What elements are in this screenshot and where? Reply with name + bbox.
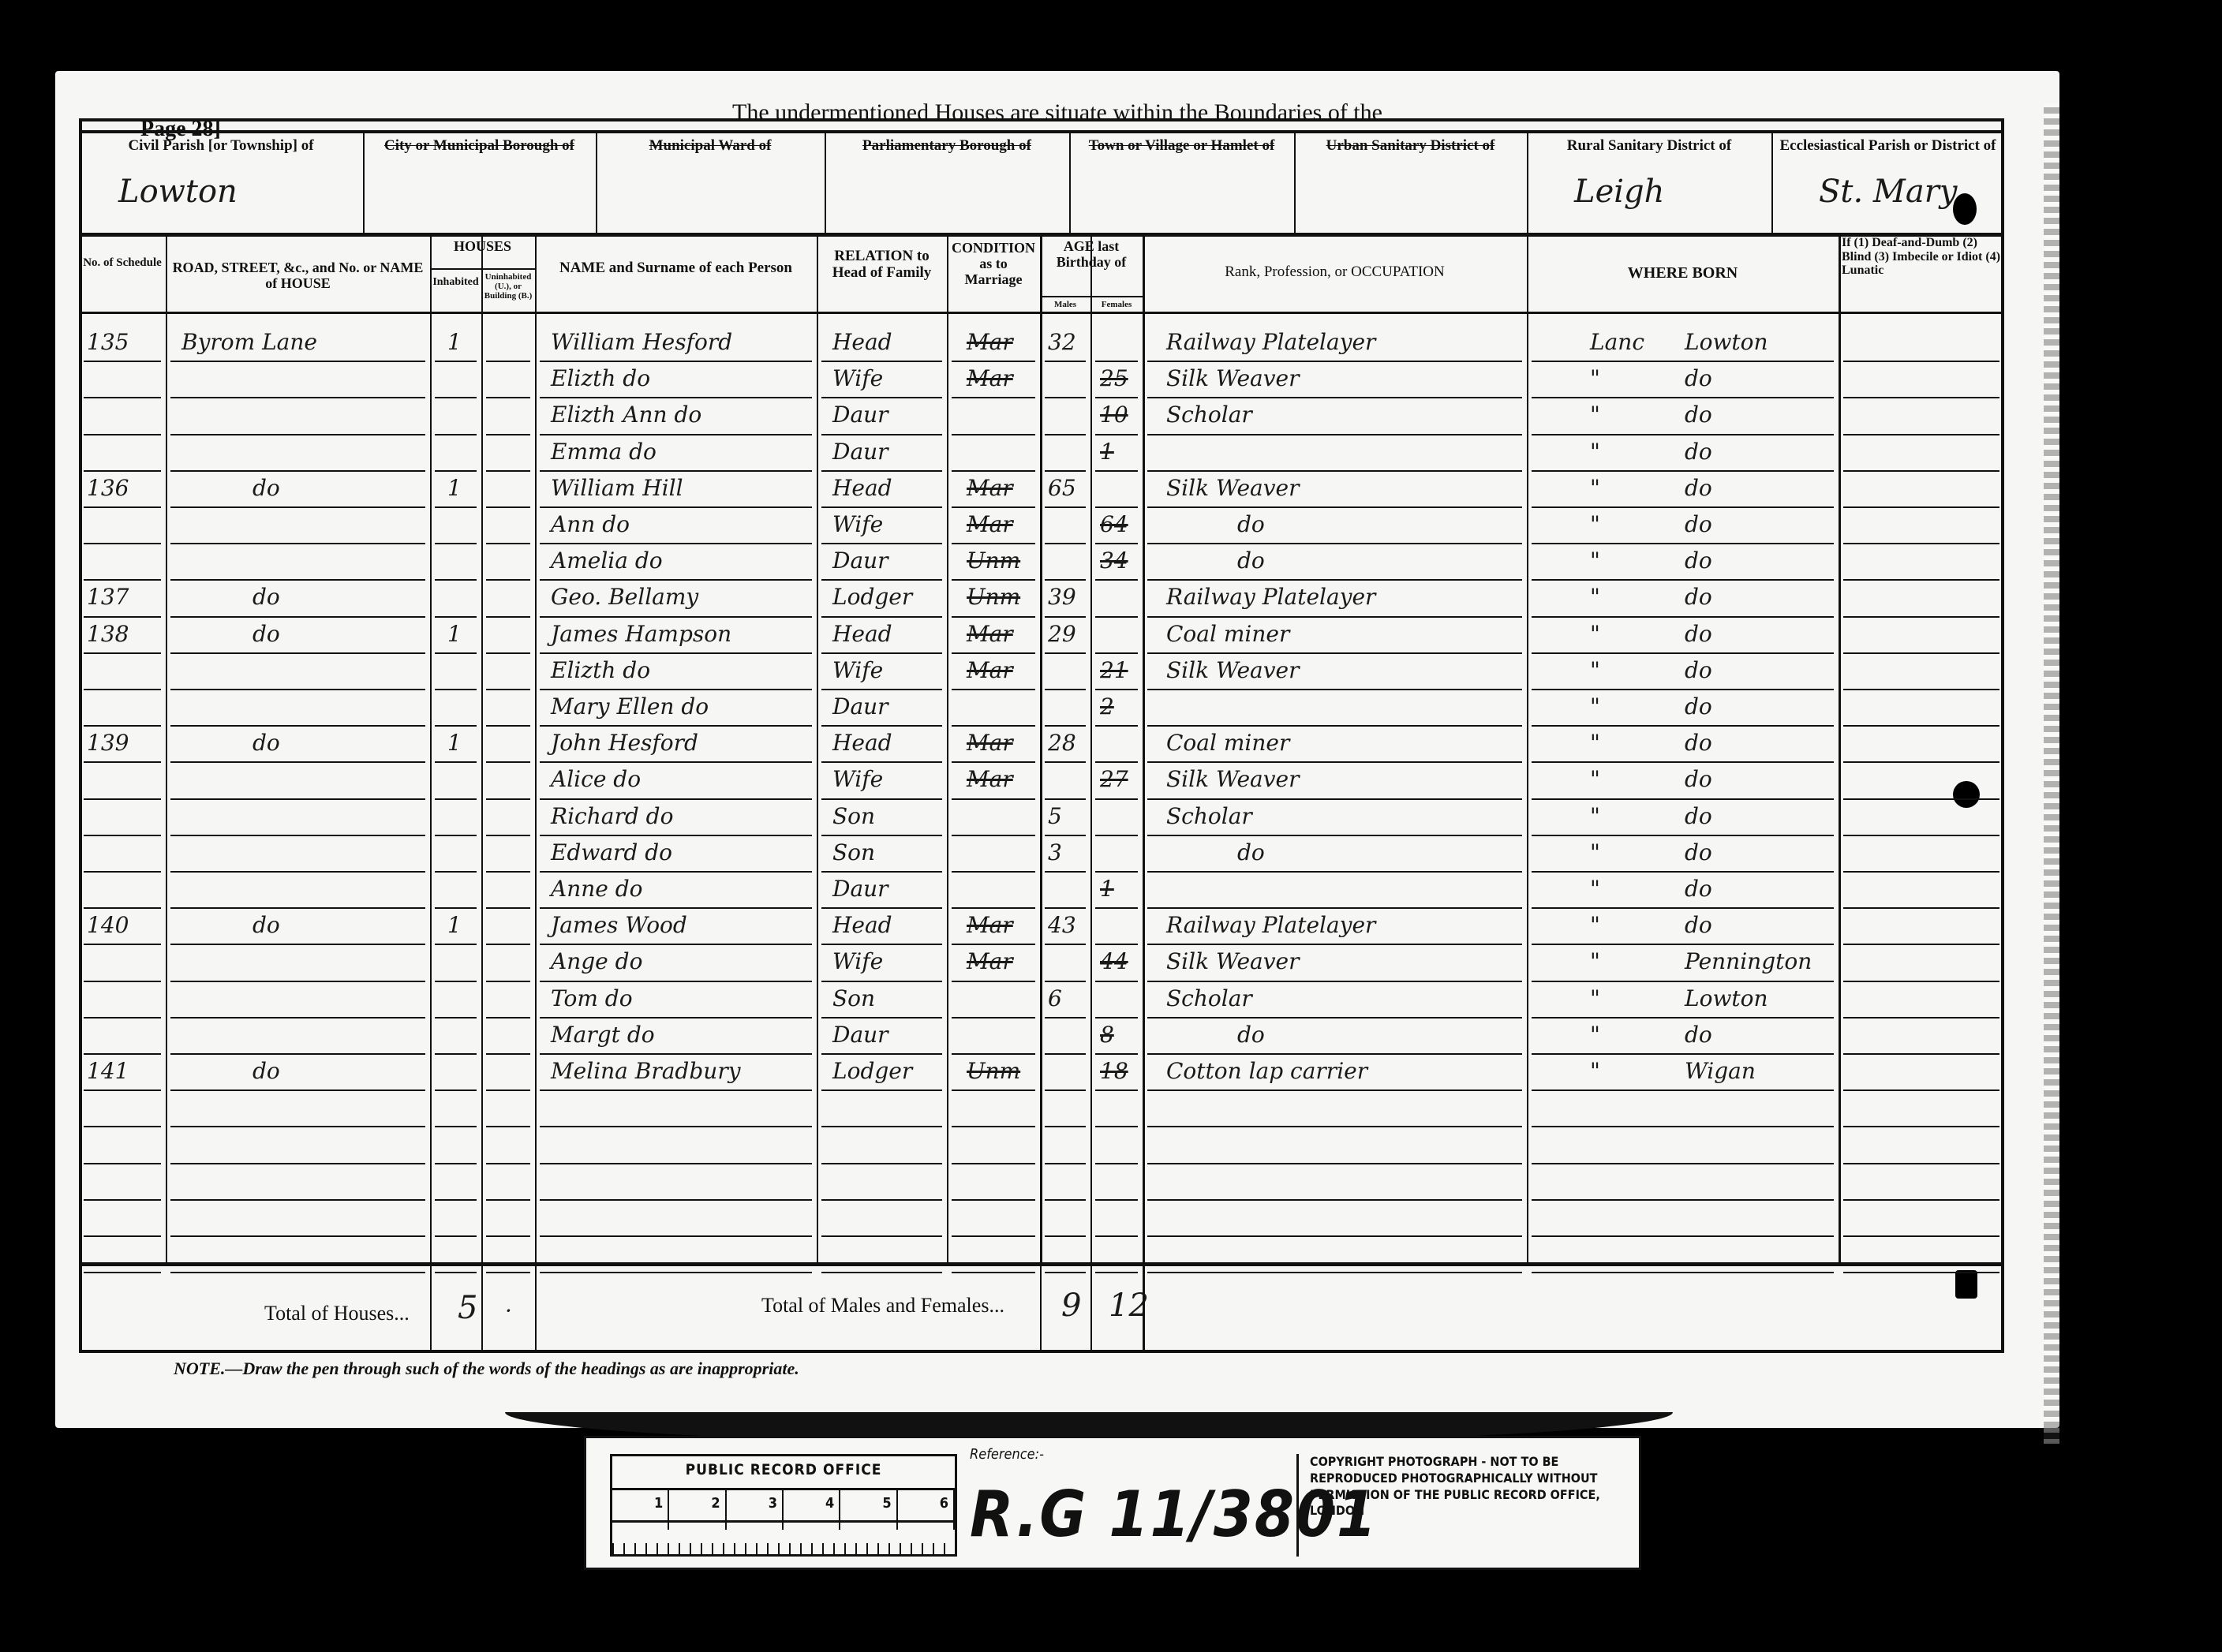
rule-line	[1843, 1199, 1999, 1201]
archive-label: PUBLIC RECORD OFFICE 123456 Reference:- …	[584, 1436, 1641, 1570]
cell-condition: Mar	[967, 511, 1013, 537]
cell-occupation: Silk Weaver	[1166, 657, 1300, 683]
rule-line	[540, 1272, 812, 1273]
rule-line	[1045, 543, 1086, 544]
cell-name: James Hampson	[551, 621, 731, 647]
rule-line	[1147, 761, 1522, 763]
total-males: 9	[1061, 1288, 1081, 1324]
rule-line	[1045, 579, 1086, 581]
column-divider	[535, 233, 537, 1262]
cell-relation: Head	[832, 329, 892, 355]
rule-line	[1843, 361, 1999, 362]
rule-line	[952, 579, 1035, 581]
rule-line	[1147, 1272, 1522, 1273]
column-divider	[1040, 233, 1042, 1262]
cell-name: Amelia do	[551, 548, 663, 574]
cell-county: "	[1590, 730, 1600, 756]
cell-relation: Daur	[832, 548, 888, 574]
rule-line	[170, 871, 425, 873]
cell-occupation: Railway Platelayer	[1166, 584, 1375, 610]
rule-line	[435, 1017, 477, 1018]
rule-line	[1532, 543, 1834, 544]
rule-line	[170, 434, 425, 435]
rule-line	[1532, 652, 1834, 654]
rule-line	[1045, 1163, 1086, 1164]
rule-line	[1843, 871, 1999, 873]
rule-line	[1095, 689, 1138, 690]
rule-line	[952, 1163, 1035, 1164]
cell-relation: Head	[832, 621, 892, 647]
cell-county: "	[1590, 548, 1600, 574]
rule-line	[486, 761, 530, 763]
cell-relation: Head	[832, 475, 892, 501]
cell-place: do	[1685, 475, 1712, 501]
rule-line	[1095, 835, 1138, 836]
rule-line	[821, 1053, 942, 1055]
column-divider	[817, 233, 818, 1262]
cell-female_age: 25	[1100, 365, 1128, 391]
rule-line	[1095, 543, 1138, 544]
rule-line	[1095, 871, 1138, 873]
rule-line	[1045, 361, 1086, 362]
cell-name: Alice do	[551, 766, 641, 792]
cell-name: William Hesford	[551, 329, 732, 355]
cell-female_age: 21	[1100, 657, 1128, 683]
rule-line	[486, 798, 530, 800]
rule-line	[1045, 470, 1086, 472]
rule-line	[1095, 1053, 1138, 1055]
rule-line	[1532, 1199, 1834, 1201]
column-divider	[596, 130, 597, 233]
district-label: Civil Parish [or Township] of	[82, 138, 360, 155]
rule-line	[1045, 652, 1086, 654]
rule-line	[1843, 1235, 1999, 1237]
rule-line	[540, 1053, 812, 1055]
cell-occupation: do	[1237, 548, 1265, 574]
rule-line	[435, 689, 477, 690]
rule-line	[435, 1126, 477, 1127]
rule-line	[1095, 397, 1138, 398]
column-header-schedule: No. of Schedule	[82, 256, 163, 270]
cell-schedule: 138	[87, 621, 129, 647]
rule-line	[486, 1235, 530, 1237]
rule-line	[821, 543, 942, 544]
cell-name: Anne do	[551, 876, 643, 902]
rule-line	[170, 543, 425, 544]
cell-name: Edward do	[551, 839, 672, 865]
rule-line	[1843, 798, 1999, 800]
cell-place: do	[1685, 511, 1712, 537]
rule-line	[1045, 907, 1086, 909]
rule-line	[952, 1235, 1035, 1237]
rule-line	[486, 616, 530, 618]
rule-line	[1843, 1163, 1999, 1164]
cell-county: "	[1590, 439, 1600, 465]
rule-line	[1045, 616, 1086, 618]
rule-line	[1532, 1163, 1834, 1164]
column-divider	[1294, 130, 1296, 233]
cell-female_age: 34	[1100, 548, 1128, 574]
rule-line	[540, 470, 812, 472]
cell-name: Margt do	[551, 1022, 655, 1048]
cell-schedule: 136	[87, 475, 129, 501]
rule-line	[84, 1126, 161, 1127]
rule-line	[170, 689, 425, 690]
cell-inhabited: 1	[447, 621, 462, 647]
rule-line	[952, 798, 1035, 800]
cell-place: do	[1685, 439, 1712, 465]
rule-line	[486, 470, 530, 472]
rule-line	[1095, 1089, 1138, 1091]
cell-name: Elizth do	[551, 657, 650, 683]
rule-line	[435, 361, 477, 362]
rule-line	[1532, 434, 1834, 435]
column-divider	[947, 233, 948, 1262]
rule-line	[435, 470, 477, 472]
rule-line	[1095, 1235, 1138, 1237]
rule-line	[952, 689, 1035, 690]
cell-relation: Daur	[832, 693, 888, 719]
rule-line	[952, 652, 1035, 654]
rule-line	[1843, 981, 1999, 982]
cell-condition: Mar	[967, 948, 1013, 974]
rule-line	[1532, 725, 1834, 727]
rule-line	[821, 761, 942, 763]
rule-line	[84, 725, 161, 727]
cell-condition: Mar	[967, 475, 1013, 501]
column-divider	[535, 1262, 537, 1351]
cell-female_age: 64	[1100, 511, 1128, 537]
rule-line	[821, 1163, 942, 1164]
district-label: City or Municipal Borough of	[366, 138, 593, 155]
rule-line	[1532, 835, 1834, 836]
rule-line	[1095, 579, 1138, 581]
rule-line	[435, 944, 477, 945]
column-header-condition: CONDITION as to Marriage	[950, 241, 1037, 287]
rule-line	[170, 1199, 425, 1201]
rule-line	[1147, 981, 1522, 982]
column-header-relation: RELATION to Head of Family	[820, 249, 944, 282]
rule-line	[1147, 543, 1522, 544]
cell-place: do	[1685, 839, 1712, 865]
rule-line	[821, 871, 942, 873]
cell-place: Pennington	[1685, 948, 1812, 974]
rule-line	[1147, 397, 1522, 398]
cell-male_age: 29	[1048, 621, 1076, 647]
rule-line	[170, 907, 425, 909]
rule-line	[84, 434, 161, 435]
pro-office: PUBLIC RECORD OFFICE	[612, 1461, 955, 1478]
rule-line	[1147, 1199, 1522, 1201]
rule-line	[1147, 579, 1522, 581]
rule-line	[486, 871, 530, 873]
rule-line	[821, 1199, 942, 1201]
rule-line	[84, 871, 161, 873]
rule-line	[1843, 1126, 1999, 1127]
rule-line	[821, 579, 942, 581]
rule-line	[952, 871, 1035, 873]
rule-line	[1147, 1017, 1522, 1018]
rule-line	[1147, 944, 1522, 945]
rule-line	[1843, 434, 1999, 435]
cell-male_age: 3	[1048, 839, 1062, 865]
column-header-infirmity: If (1) Deaf-and-Dumb (2) Blind (3) Imbec…	[1842, 236, 2001, 278]
copyright-notice: COPYRIGHT PHOTOGRAPH - NOT TO BE REPRODU…	[1296, 1454, 1649, 1557]
rule-line	[170, 579, 425, 581]
rule-line	[952, 470, 1035, 472]
rule-line	[170, 361, 425, 362]
rule-line	[1147, 470, 1522, 472]
column-header-females: Females	[1090, 300, 1143, 309]
cell-county: "	[1590, 584, 1600, 610]
rule-line	[1147, 361, 1522, 362]
district-label: Town or Village or Hamlet of	[1072, 138, 1291, 155]
rule-line	[540, 1235, 812, 1237]
rule-line	[952, 835, 1035, 836]
cell-county: "	[1590, 766, 1600, 792]
rule-line	[1843, 506, 1999, 508]
column-divider	[430, 233, 432, 1262]
cell-county: "	[1590, 1022, 1600, 1048]
heading-note: NOTE.—Draw the pen through such of the w…	[174, 1359, 799, 1379]
rule-line	[1532, 361, 1834, 362]
cell-occupation: Silk Weaver	[1166, 475, 1300, 501]
rule-line	[952, 907, 1035, 909]
rule-line	[486, 1053, 530, 1055]
district-value: Leigh	[1574, 174, 1664, 210]
rule-line	[486, 835, 530, 836]
rule-line	[84, 835, 161, 836]
rule-line	[84, 579, 161, 581]
cell-relation: Head	[832, 730, 892, 756]
rule-line	[1147, 1126, 1522, 1127]
rule-line	[435, 1272, 477, 1273]
cell-occupation: Railway Platelayer	[1166, 912, 1375, 938]
column-header-uninhabited: Uninhabited (U.), or Building (B.)	[483, 272, 533, 301]
cell-occupation: Silk Weaver	[1166, 948, 1300, 974]
column-divider	[1143, 1262, 1145, 1351]
rule-line	[1843, 907, 1999, 909]
rule-line	[84, 506, 161, 508]
cell-relation: Wife	[832, 766, 883, 792]
rule-line	[170, 1053, 425, 1055]
rule-line	[435, 616, 477, 618]
cell-road: do	[252, 730, 280, 756]
cell-female_age: 44	[1100, 948, 1128, 974]
rule-line	[79, 130, 2004, 133]
rule-line	[1045, 871, 1086, 873]
cell-name: Ange do	[551, 948, 642, 974]
rule-line	[84, 1199, 161, 1201]
rule-line	[1532, 1126, 1834, 1127]
rule-line	[540, 725, 812, 727]
rule-line	[1843, 579, 1999, 581]
rule-line	[821, 1272, 942, 1273]
rule-line	[1147, 798, 1522, 800]
cell-county: "	[1590, 511, 1600, 537]
cell-name: Elizth Ann do	[551, 402, 701, 428]
rule-line	[1147, 689, 1522, 690]
cell-schedule: 141	[87, 1058, 129, 1084]
rule-line	[1095, 798, 1138, 800]
cell-county: Lanc	[1590, 329, 1644, 355]
rule-line	[821, 981, 942, 982]
rule-line	[540, 689, 812, 690]
rule-line	[1147, 506, 1522, 508]
rule-line	[435, 652, 477, 654]
cell-name: Geo. Bellamy	[551, 584, 698, 610]
rule-line	[435, 761, 477, 763]
ink-blot	[1953, 781, 1980, 808]
cell-occupation: Scholar	[1166, 985, 1252, 1011]
rule-line	[540, 798, 812, 800]
rule-line	[952, 761, 1035, 763]
rule-line	[435, 543, 477, 544]
cell-relation: Wife	[832, 657, 883, 683]
rule-line	[1532, 616, 1834, 618]
column-header-name: NAME and Surname of each Person	[538, 260, 814, 277]
column-divider	[1090, 1262, 1092, 1351]
rule-line	[1095, 1017, 1138, 1018]
rule-line	[821, 616, 942, 618]
cell-name: James Wood	[551, 912, 687, 938]
rule-line	[1147, 907, 1522, 909]
rule-line	[1045, 761, 1086, 763]
rule-line	[486, 652, 530, 654]
cell-county: "	[1590, 912, 1600, 938]
cell-schedule: 135	[87, 329, 129, 355]
rule-line	[84, 1089, 161, 1091]
cell-male_age: 5	[1048, 803, 1062, 829]
column-header-occupation: Rank, Profession, or OCCUPATION	[1146, 264, 1524, 281]
rule-line	[486, 944, 530, 945]
column-divider	[1069, 130, 1071, 233]
rule-line	[1095, 470, 1138, 472]
rule-line	[486, 361, 530, 362]
rule-line	[435, 397, 477, 398]
cell-occupation: Silk Weaver	[1166, 766, 1300, 792]
cell-place: Lowton	[1685, 329, 1768, 355]
district-label: Rural Sanitary District of	[1530, 138, 1768, 155]
rule-line	[435, 579, 477, 581]
rule-line	[435, 506, 477, 508]
cell-road: do	[252, 475, 280, 501]
rule-line	[821, 652, 942, 654]
rule-line	[821, 361, 942, 362]
rule-line	[1095, 1272, 1138, 1273]
rule-line	[1843, 725, 1999, 727]
rule-line	[821, 907, 942, 909]
rule-line	[170, 1017, 425, 1018]
rule-line	[1045, 1272, 1086, 1273]
cell-occupation: Cotton lap carrier	[1166, 1058, 1367, 1084]
rule-line	[1045, 1126, 1086, 1127]
rule-line	[952, 1199, 1035, 1201]
rule-line	[1843, 1089, 1999, 1091]
rule-line	[84, 1163, 161, 1164]
rule-line	[1095, 434, 1138, 435]
rule-line	[486, 1163, 530, 1164]
cell-name: Elizth do	[551, 365, 650, 391]
reference-label: Reference:-	[970, 1446, 1044, 1463]
rule-line	[84, 944, 161, 945]
rule-line	[1147, 725, 1522, 727]
rule-line	[1147, 1053, 1522, 1055]
rule-line	[84, 543, 161, 544]
rule-line	[952, 434, 1035, 435]
district-label: Parliamentary Borough of	[828, 138, 1066, 155]
cell-relation: Wife	[832, 948, 883, 974]
rule-line	[540, 761, 812, 763]
rule-line	[1843, 944, 1999, 945]
total-houses-label: Total of Houses...	[264, 1302, 410, 1325]
rule-line	[952, 1126, 1035, 1127]
rule-line	[1095, 981, 1138, 982]
rule-line	[435, 434, 477, 435]
rule-line	[1095, 652, 1138, 654]
cell-male_age: 39	[1048, 584, 1076, 610]
cell-condition: Mar	[967, 766, 1013, 792]
rule-line	[821, 944, 942, 945]
cell-occupation: do	[1237, 511, 1265, 537]
rule-line	[170, 1089, 425, 1091]
rule-line	[1045, 1017, 1086, 1018]
rule-line	[540, 652, 812, 654]
column-divider	[1839, 233, 1841, 1262]
rule-line	[1532, 579, 1834, 581]
cell-relation: Lodger	[832, 584, 912, 610]
cell-male_age: 32	[1048, 329, 1076, 355]
rule-line	[170, 798, 425, 800]
rule-line	[821, 725, 942, 727]
rule-line	[1532, 1235, 1834, 1237]
cell-relation: Son	[832, 839, 875, 865]
rule-line	[1045, 835, 1086, 836]
rule-line	[84, 798, 161, 800]
cell-condition: Mar	[967, 912, 1013, 938]
rule-line	[84, 1235, 161, 1237]
cell-name: Mary Ellen do	[551, 693, 709, 719]
rule-line	[84, 616, 161, 618]
cell-relation: Wife	[832, 365, 883, 391]
rule-line	[1095, 361, 1138, 362]
rule-line	[486, 397, 530, 398]
rule-line	[170, 835, 425, 836]
rule-line	[540, 361, 812, 362]
cell-place: do	[1685, 548, 1712, 574]
rule-line	[1045, 1199, 1086, 1201]
rule-line	[952, 616, 1035, 618]
cell-occupation: Scholar	[1166, 803, 1252, 829]
rule-line	[486, 434, 530, 435]
cell-place: do	[1685, 693, 1712, 719]
rule-line	[952, 725, 1035, 727]
cell-male_age: 28	[1048, 730, 1076, 756]
rule-line	[435, 798, 477, 800]
cell-female_age: 8	[1100, 1022, 1114, 1048]
cell-name: John Hesford	[551, 730, 698, 756]
rule-line	[1532, 689, 1834, 690]
cell-occupation: do	[1237, 1022, 1265, 1048]
rule-line	[435, 725, 477, 727]
rule-line	[821, 835, 942, 836]
rule-line	[1095, 1199, 1138, 1201]
rule-line	[486, 1272, 530, 1273]
district-value: St. Mary	[1819, 174, 1957, 210]
rule-line	[1045, 1235, 1086, 1237]
rule-line	[952, 1089, 1035, 1091]
rule-line	[1147, 616, 1522, 618]
